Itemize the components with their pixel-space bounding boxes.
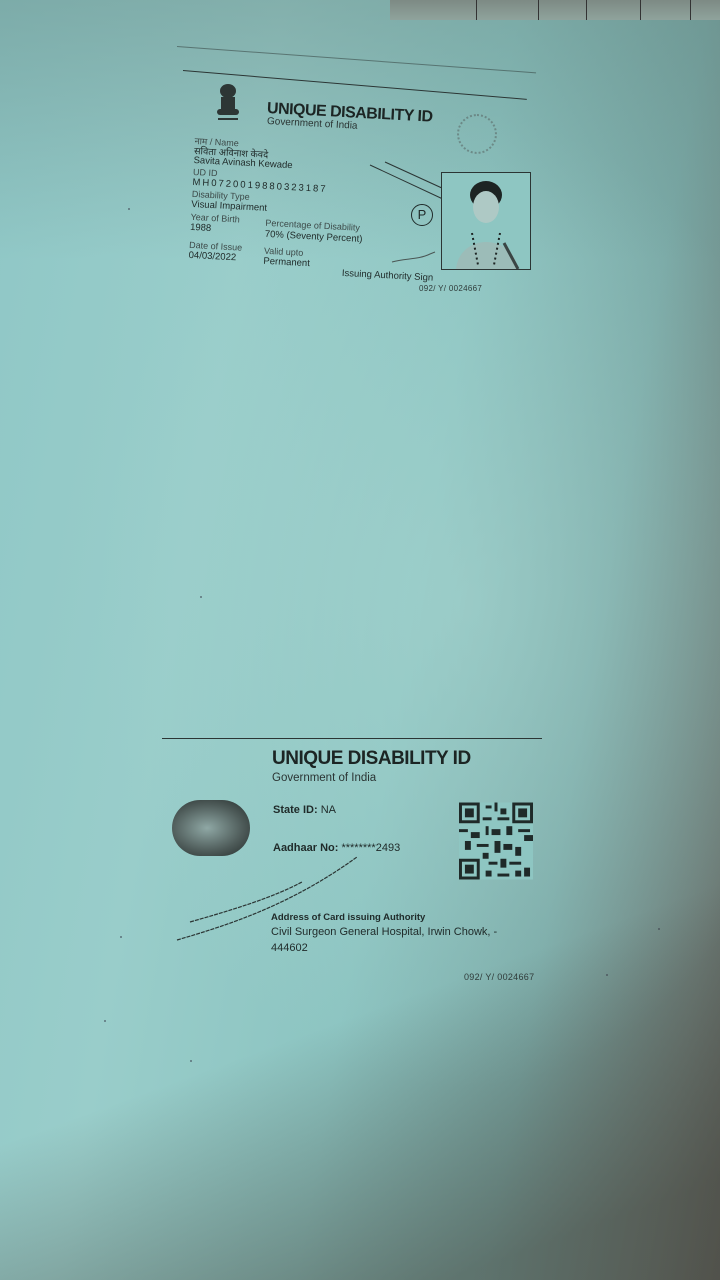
yob-value: 1988 [190,222,212,234]
qr-code [459,802,533,880]
speck [104,1020,106,1022]
speck [658,928,660,930]
address-label: Address of Card issuing Authority [271,912,425,923]
state-id-field: State ID: NA [273,804,336,816]
card-serial: 092/ Y/ 0024667 [419,284,482,293]
card-edge-line [177,46,536,73]
card-serial: 092/ Y/ 0024667 [464,972,534,982]
seal-icon [457,114,497,154]
speck [120,936,122,938]
speck [128,208,130,210]
speck [606,974,608,976]
speck [190,1060,192,1062]
speck [200,596,202,598]
card-subtitle: Government of India [272,772,376,784]
photo [441,172,531,270]
india-map-icon [172,800,250,856]
state-id-label: State ID: [273,804,318,816]
card-edge-line [162,738,542,739]
national-emblem-icon [213,82,243,124]
udid-card-front: UNIQUE DISABILITY ID Government of India… [185,68,545,318]
signature-mark [390,248,440,268]
address-line-1: Civil Surgeon General Hospital, Irwin Ch… [271,926,497,938]
udid-card-back: UNIQUE DISABILITY ID Government of India… [162,732,554,992]
doi-value: 04/03/2022 [188,250,236,263]
valid-upto-value: Permanent [263,256,310,269]
issuing-authority-sign-label: Issuing Authority Sign [342,268,434,284]
state-id-value: NA [321,804,336,816]
card-title: UNIQUE DISABILITY ID [272,748,471,770]
address-line-2: 444602 [271,942,308,954]
paper-edge-strip [390,0,720,20]
